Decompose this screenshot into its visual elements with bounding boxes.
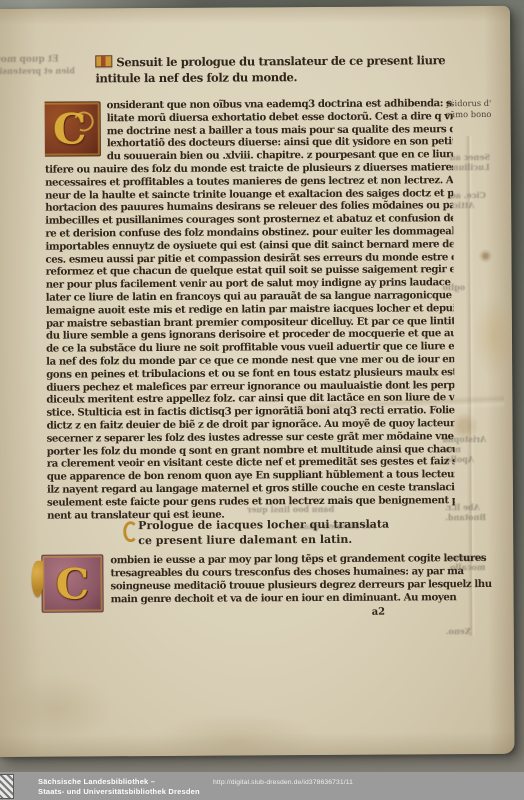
library-name: Sächsische Landesbibliothek – Staats- un… bbox=[38, 777, 200, 796]
locher-prologue-heading: Prologue de iacques locher qui translata… bbox=[138, 518, 389, 549]
bleedthrough-text: bien et prestensie bbox=[0, 65, 75, 75]
bleedthrough-text: Et quop mou bbox=[0, 55, 59, 65]
initial-letter: C bbox=[42, 555, 102, 611]
prologue-rubric: Sensuit le prologue du translateur de ce… bbox=[95, 52, 455, 86]
illuminated-initial-2: C bbox=[41, 554, 103, 612]
bleedthrough-text: Lucilium bbox=[450, 162, 490, 172]
subheading-line-2: ce present liure dalemant en latin. bbox=[138, 532, 389, 548]
rubric-line-1: Sensuit le prologue du translateur de ce… bbox=[95, 52, 455, 70]
persistent-url: http://digital.slub-dresden.de/id3786367… bbox=[213, 779, 353, 786]
footer-bar: Sächsische Landesbibliothek – Staats- un… bbox=[0, 772, 524, 800]
paraph-mark-icon bbox=[95, 55, 112, 67]
illuminated-initial-C: C bbox=[45, 101, 101, 156]
slub-logo-icon bbox=[0, 774, 14, 799]
bleedthrough-text: Senec ad bbox=[450, 152, 490, 162]
subheading-paraph-icon bbox=[123, 521, 138, 542]
library-name-line-1: Sächsische Landesbibliothek – bbox=[38, 777, 200, 787]
subheading-line-1: Prologue de iacques locher qui translata bbox=[138, 518, 389, 534]
text-line: main genre dechoit et va de iour en iour… bbox=[50, 591, 454, 606]
bleedthrough-text: Xeno. bbox=[446, 626, 471, 636]
second-paragraph-lines: ombien ie eusse a par moy par long tẽps … bbox=[49, 552, 453, 606]
bleedthrough-text: Attic. bbox=[450, 200, 474, 210]
second-paragraph: C ombien ie eusse a par moy par long tẽp… bbox=[49, 552, 453, 612]
initial-letter: C bbox=[45, 102, 100, 155]
bleedthrough-text: Cice. ad bbox=[450, 190, 486, 200]
manuscript-page: Et quop moubien et prestensieSenec adLuc… bbox=[0, 6, 515, 757]
main-text-block: C onsiderant que non oĩbus vna eademq3 d… bbox=[45, 97, 456, 522]
text-line: seulement este faicte pour gens rudes et… bbox=[47, 494, 455, 509]
rubric-text-1: Sensuit le prologue du translateur de ce… bbox=[116, 53, 445, 69]
rubric-line-2: intitule la nef des folz du monde. bbox=[95, 68, 455, 86]
library-name-line-2: Staats- und Universitätsbibliothek Dresd… bbox=[38, 787, 200, 797]
main-text-lines: onsiderant que non oĩbus vna eademq3 doc… bbox=[45, 97, 456, 522]
signature-mark: a2 bbox=[372, 607, 386, 618]
